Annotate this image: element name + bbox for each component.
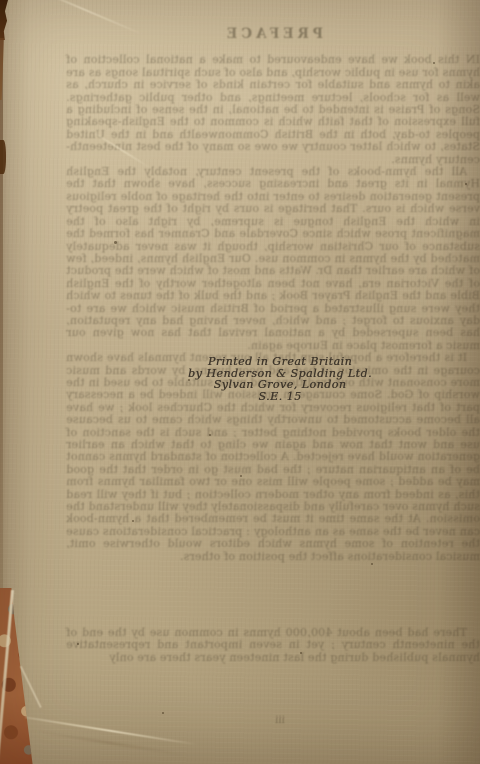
printer-colophon: Printed in Great Britain by Henderson & …: [80, 356, 480, 402]
bleed-through-page-number: iii: [262, 715, 298, 726]
paper-crease-shadow: [31, 729, 189, 756]
bleed-through-paragraph: There had been about 400,000 hymns in co…: [66, 627, 480, 664]
paper-crease: [25, 716, 198, 745]
colophon-line-postcode: S.E. 15: [80, 391, 480, 403]
bleed-through-title: PREFACE: [66, 28, 480, 40]
bleed-through-paragraph: All the hymn-books of the present centur…: [66, 166, 480, 352]
binding-edge-spot: [0, 140, 6, 174]
marbled-cover-corner: [0, 588, 44, 764]
foxing-speck: [162, 712, 164, 714]
bleed-through-text: PREFACE IN this book we have endeavoured…: [66, 28, 480, 664]
colophon-line-country: Printed in Great Britain: [80, 356, 480, 368]
scanned-book-page: PREFACE IN this book we have endeavoured…: [0, 0, 480, 764]
binding-edge-line: [0, 0, 3, 640]
bleed-through-paragraph: IN this book we have endeavoured to make…: [66, 54, 480, 166]
colophon-line-address: Sylvan Grove, London: [80, 379, 480, 391]
binding-edge-torn-mid: [0, 38, 4, 100]
binding-edge-torn-top: [0, 0, 8, 40]
